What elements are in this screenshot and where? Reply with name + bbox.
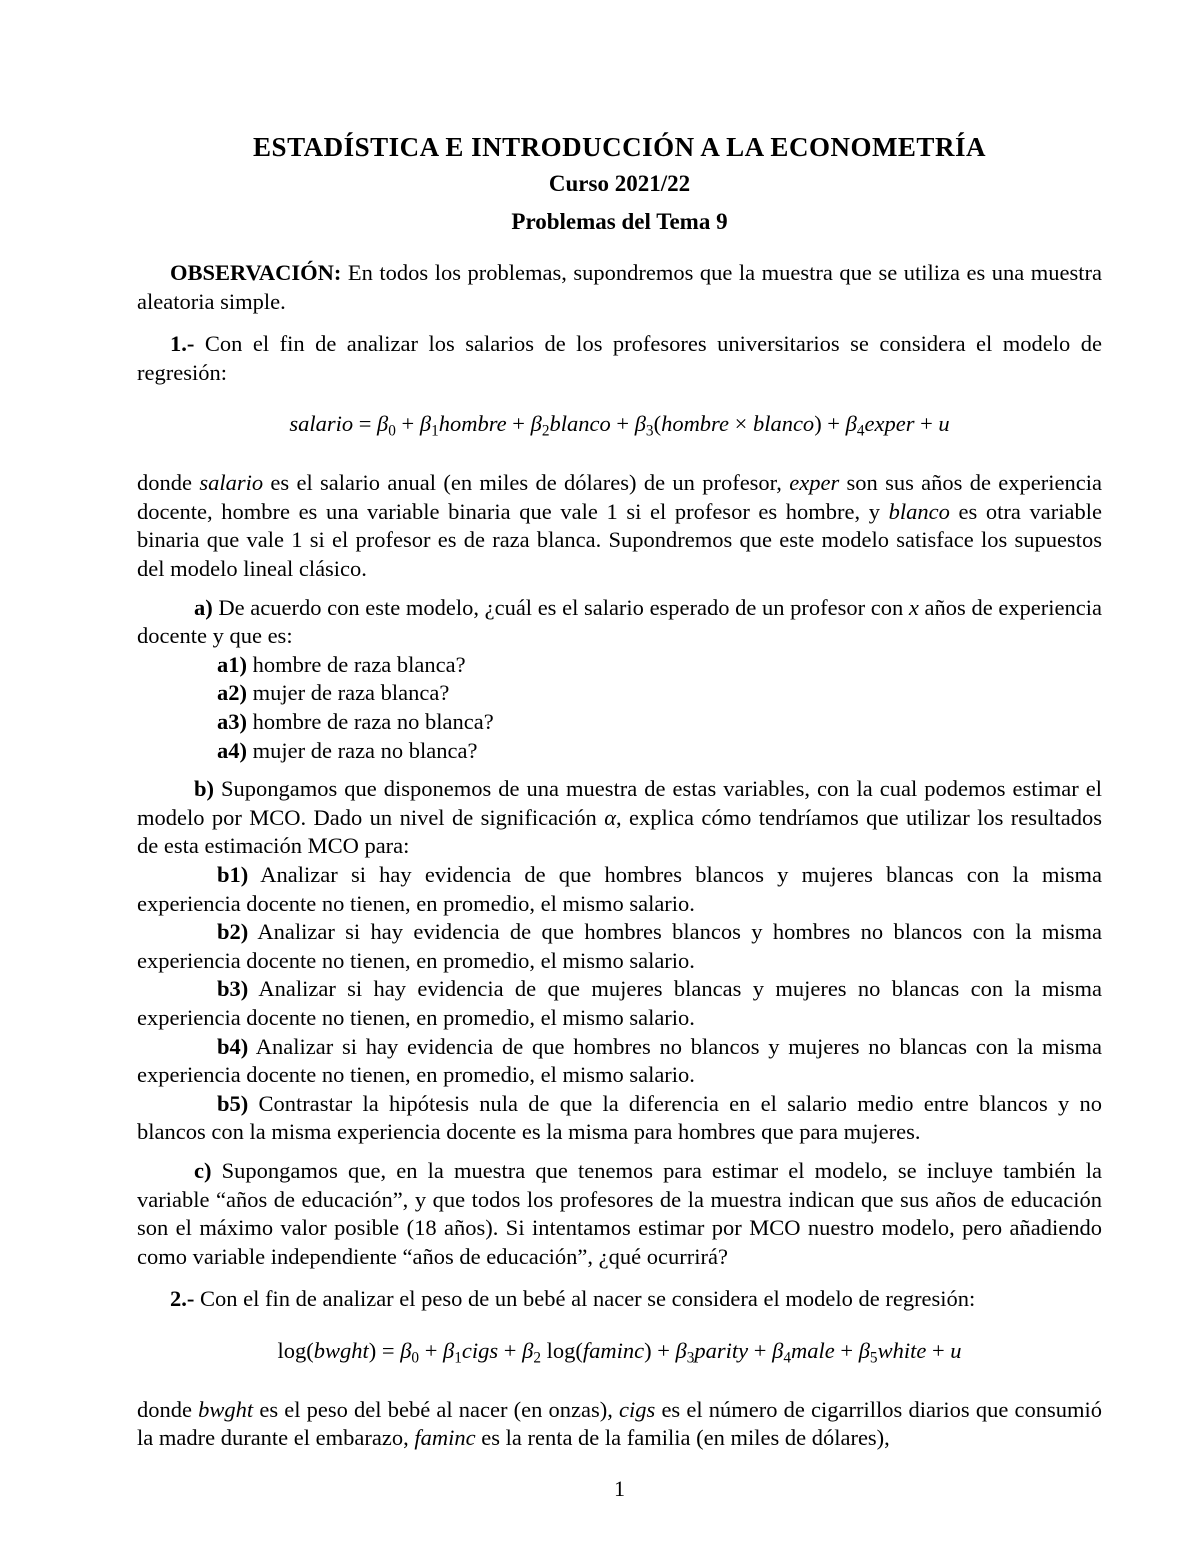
text-segment: mujer de raza blanca? (247, 680, 449, 705)
text-segment: es la renta de la familia (en miles de d… (476, 1425, 890, 1450)
item-a2: a2) mujer de raza blanca? (137, 679, 1102, 708)
text-segment: + (419, 1338, 443, 1363)
text-segment: 1.- (170, 331, 194, 356)
text-segment: salario (199, 470, 263, 495)
text-segment: bwght (314, 1338, 369, 1363)
text-segment: Supongamos que, en la muestra que tenemo… (137, 1158, 1102, 1269)
item-b3: b3) Analizar si hay evidencia de que muj… (137, 975, 1102, 1032)
text-segment: log( (541, 1338, 583, 1363)
text-segment: α (604, 805, 616, 830)
text-segment: 0 (411, 1349, 419, 1366)
text-segment: β (420, 411, 431, 436)
item-a3: a3) hombre de raza no blanca? (137, 708, 1102, 737)
text-segment: β (859, 1338, 870, 1363)
observacion-paragraph: OBSERVACIÓN: En todos los problemas, sup… (137, 259, 1102, 316)
text-segment: white (878, 1338, 927, 1363)
document-footer: 1 (137, 1476, 1102, 1502)
problem-2-intro: 2.- Con el fin de analizar el peso de un… (137, 1285, 1102, 1314)
item-b2: b2) Analizar si hay evidencia de que hom… (137, 918, 1102, 975)
text-segment: donde (137, 1397, 198, 1422)
course-line: Curso 2021/22 (137, 170, 1102, 198)
page-title: ESTADÍSTICA E INTRODUCCIÓN A LA ECONOMET… (137, 131, 1102, 163)
text-segment: 4 (783, 1349, 791, 1366)
document-subtitle: Problemas del Tema 9 (137, 208, 1102, 236)
text-segment: β (772, 1338, 783, 1363)
text-segment: blanco (549, 411, 610, 436)
item-b1: b1) Analizar si hay evidencia de que hom… (137, 861, 1102, 918)
text-segment: Analizar si hay evidencia de que hombres… (137, 862, 1102, 916)
text-segment: β (846, 411, 857, 436)
text-segment: 5 (870, 1349, 878, 1366)
text-segment: faminc (583, 1338, 644, 1363)
text-segment: exper (865, 411, 915, 436)
text-segment: β (635, 411, 646, 436)
text-segment: 1 (431, 423, 439, 440)
text-segment: b5) (217, 1091, 248, 1116)
text-segment: ) = (369, 1338, 400, 1363)
text-segment: β (522, 1338, 533, 1363)
item-b5: b5) Contrastar la hipótesis nula de que … (137, 1090, 1102, 1147)
text-segment: exper (789, 470, 839, 495)
text-segment: a3) (217, 709, 247, 734)
text-segment: u (950, 1338, 961, 1363)
text-segment: b1) (217, 862, 248, 887)
equation-salario: salario = β0 + β1hombre + β2blanco + β3(… (137, 410, 1102, 446)
text-segment: + (926, 1338, 950, 1363)
problem-2-variables-description: donde bwght es el peso del bebé al nacer… (137, 1396, 1102, 1453)
text-segment: 3 (646, 423, 654, 440)
text-segment: hombre (661, 411, 729, 436)
equation-bwght: log(bwght) = β0 + β1cigs + β2 log(faminc… (137, 1337, 1102, 1373)
text-segment: donde (137, 470, 199, 495)
text-segment: hombre (439, 411, 507, 436)
text-segment: Analizar si hay evidencia de que hombres… (137, 1034, 1102, 1088)
text-segment: 2 (533, 1349, 541, 1366)
text-segment: salario (289, 411, 353, 436)
text-segment: c) (194, 1158, 211, 1183)
text-segment: parity (694, 1338, 748, 1363)
problem-1-intro: 1.- Con el fin de analizar los salarios … (137, 330, 1102, 387)
text-segment: + (498, 1338, 522, 1363)
problem-1-variables-description: donde salario es el salario anual (en mi… (137, 469, 1102, 583)
text-segment: a) (194, 595, 213, 620)
text-segment: β (400, 1338, 411, 1363)
text-segment: b2) (217, 919, 248, 944)
text-segment: + (914, 411, 938, 436)
text-segment: b) (194, 776, 214, 801)
text-segment: Contrastar la hipótesis nula de que la d… (137, 1091, 1102, 1145)
document-page: ESTADÍSTICA E INTRODUCCIÓN A LA ECONOMET… (0, 0, 1200, 1553)
text-segment: Con el fin de analizar el peso de un beb… (194, 1286, 975, 1311)
text-segment: × (729, 411, 753, 436)
text-segment: u (938, 411, 949, 436)
text-segment: Analizar si hay evidencia de que hombres… (137, 919, 1102, 973)
text-segment: 1 (454, 1349, 462, 1366)
text-segment: cigs (619, 1397, 655, 1422)
text-segment: ) + (814, 411, 845, 436)
text-segment: + (507, 411, 531, 436)
text-segment: cigs (462, 1338, 498, 1363)
text-segment: ( (654, 411, 662, 436)
text-segment: Analizar si hay evidencia de que mujeres… (137, 976, 1102, 1030)
text-segment: hombre de raza blanca? (247, 652, 466, 677)
text-segment: bwght (198, 1397, 253, 1422)
text-segment: β (676, 1338, 687, 1363)
text-segment: hombre de raza no blanca? (247, 709, 494, 734)
text-segment: Con el fin de analizar los salarios de l… (137, 331, 1102, 385)
text-segment: mujer de raza no blanca? (247, 738, 478, 763)
text-segment: es el salario anual (en miles de dólares… (263, 470, 789, 495)
item-a4: a4) mujer de raza no blanca? (137, 737, 1102, 766)
item-b4: b4) Analizar si hay evidencia de que hom… (137, 1033, 1102, 1090)
text-segment: De acuerdo con este modelo, ¿cuál es el … (213, 595, 909, 620)
item-b: b) Supongamos que disponemos de una mues… (137, 775, 1102, 861)
text-segment: a4) (217, 738, 247, 763)
text-segment: log( (277, 1338, 313, 1363)
text-segment: a2) (217, 680, 247, 705)
text-segment: 0 (388, 423, 396, 440)
text-segment: + (611, 411, 635, 436)
text-segment: faminc (414, 1425, 475, 1450)
text-segment: ) + (644, 1338, 675, 1363)
text-segment: b3) (217, 976, 248, 1001)
page-number: 1 (614, 1476, 625, 1501)
text-segment: + (396, 411, 420, 436)
text-segment: b4) (217, 1034, 248, 1059)
text-segment: β (377, 411, 388, 436)
item-a: a) De acuerdo con este modelo, ¿cuál es … (137, 594, 1102, 651)
text-segment: OBSERVACIÓN: (170, 260, 341, 285)
item-a1: a1) hombre de raza blanca? (137, 651, 1102, 680)
text-segment: blanco (889, 499, 950, 524)
item-c: c) Supongamos que, en la muestra que ten… (137, 1157, 1102, 1271)
text-segment: male (791, 1338, 835, 1363)
text-segment: 4 (857, 423, 865, 440)
text-segment: = (353, 411, 377, 436)
text-segment: + (748, 1338, 772, 1363)
text-segment: blanco (753, 411, 814, 436)
text-segment: es el peso del bebé al nacer (en onzas), (253, 1397, 619, 1422)
text-segment: β (531, 411, 542, 436)
document-body: OBSERVACIÓN: En todos los problemas, sup… (137, 259, 1102, 1453)
text-segment: + (835, 1338, 859, 1363)
text-segment: β (443, 1338, 454, 1363)
text-segment: a1) (217, 652, 247, 677)
text-segment: 2.- (170, 1286, 194, 1311)
document-header: ESTADÍSTICA E INTRODUCCIÓN A LA ECONOMET… (137, 131, 1102, 236)
text-segment: x (909, 595, 919, 620)
